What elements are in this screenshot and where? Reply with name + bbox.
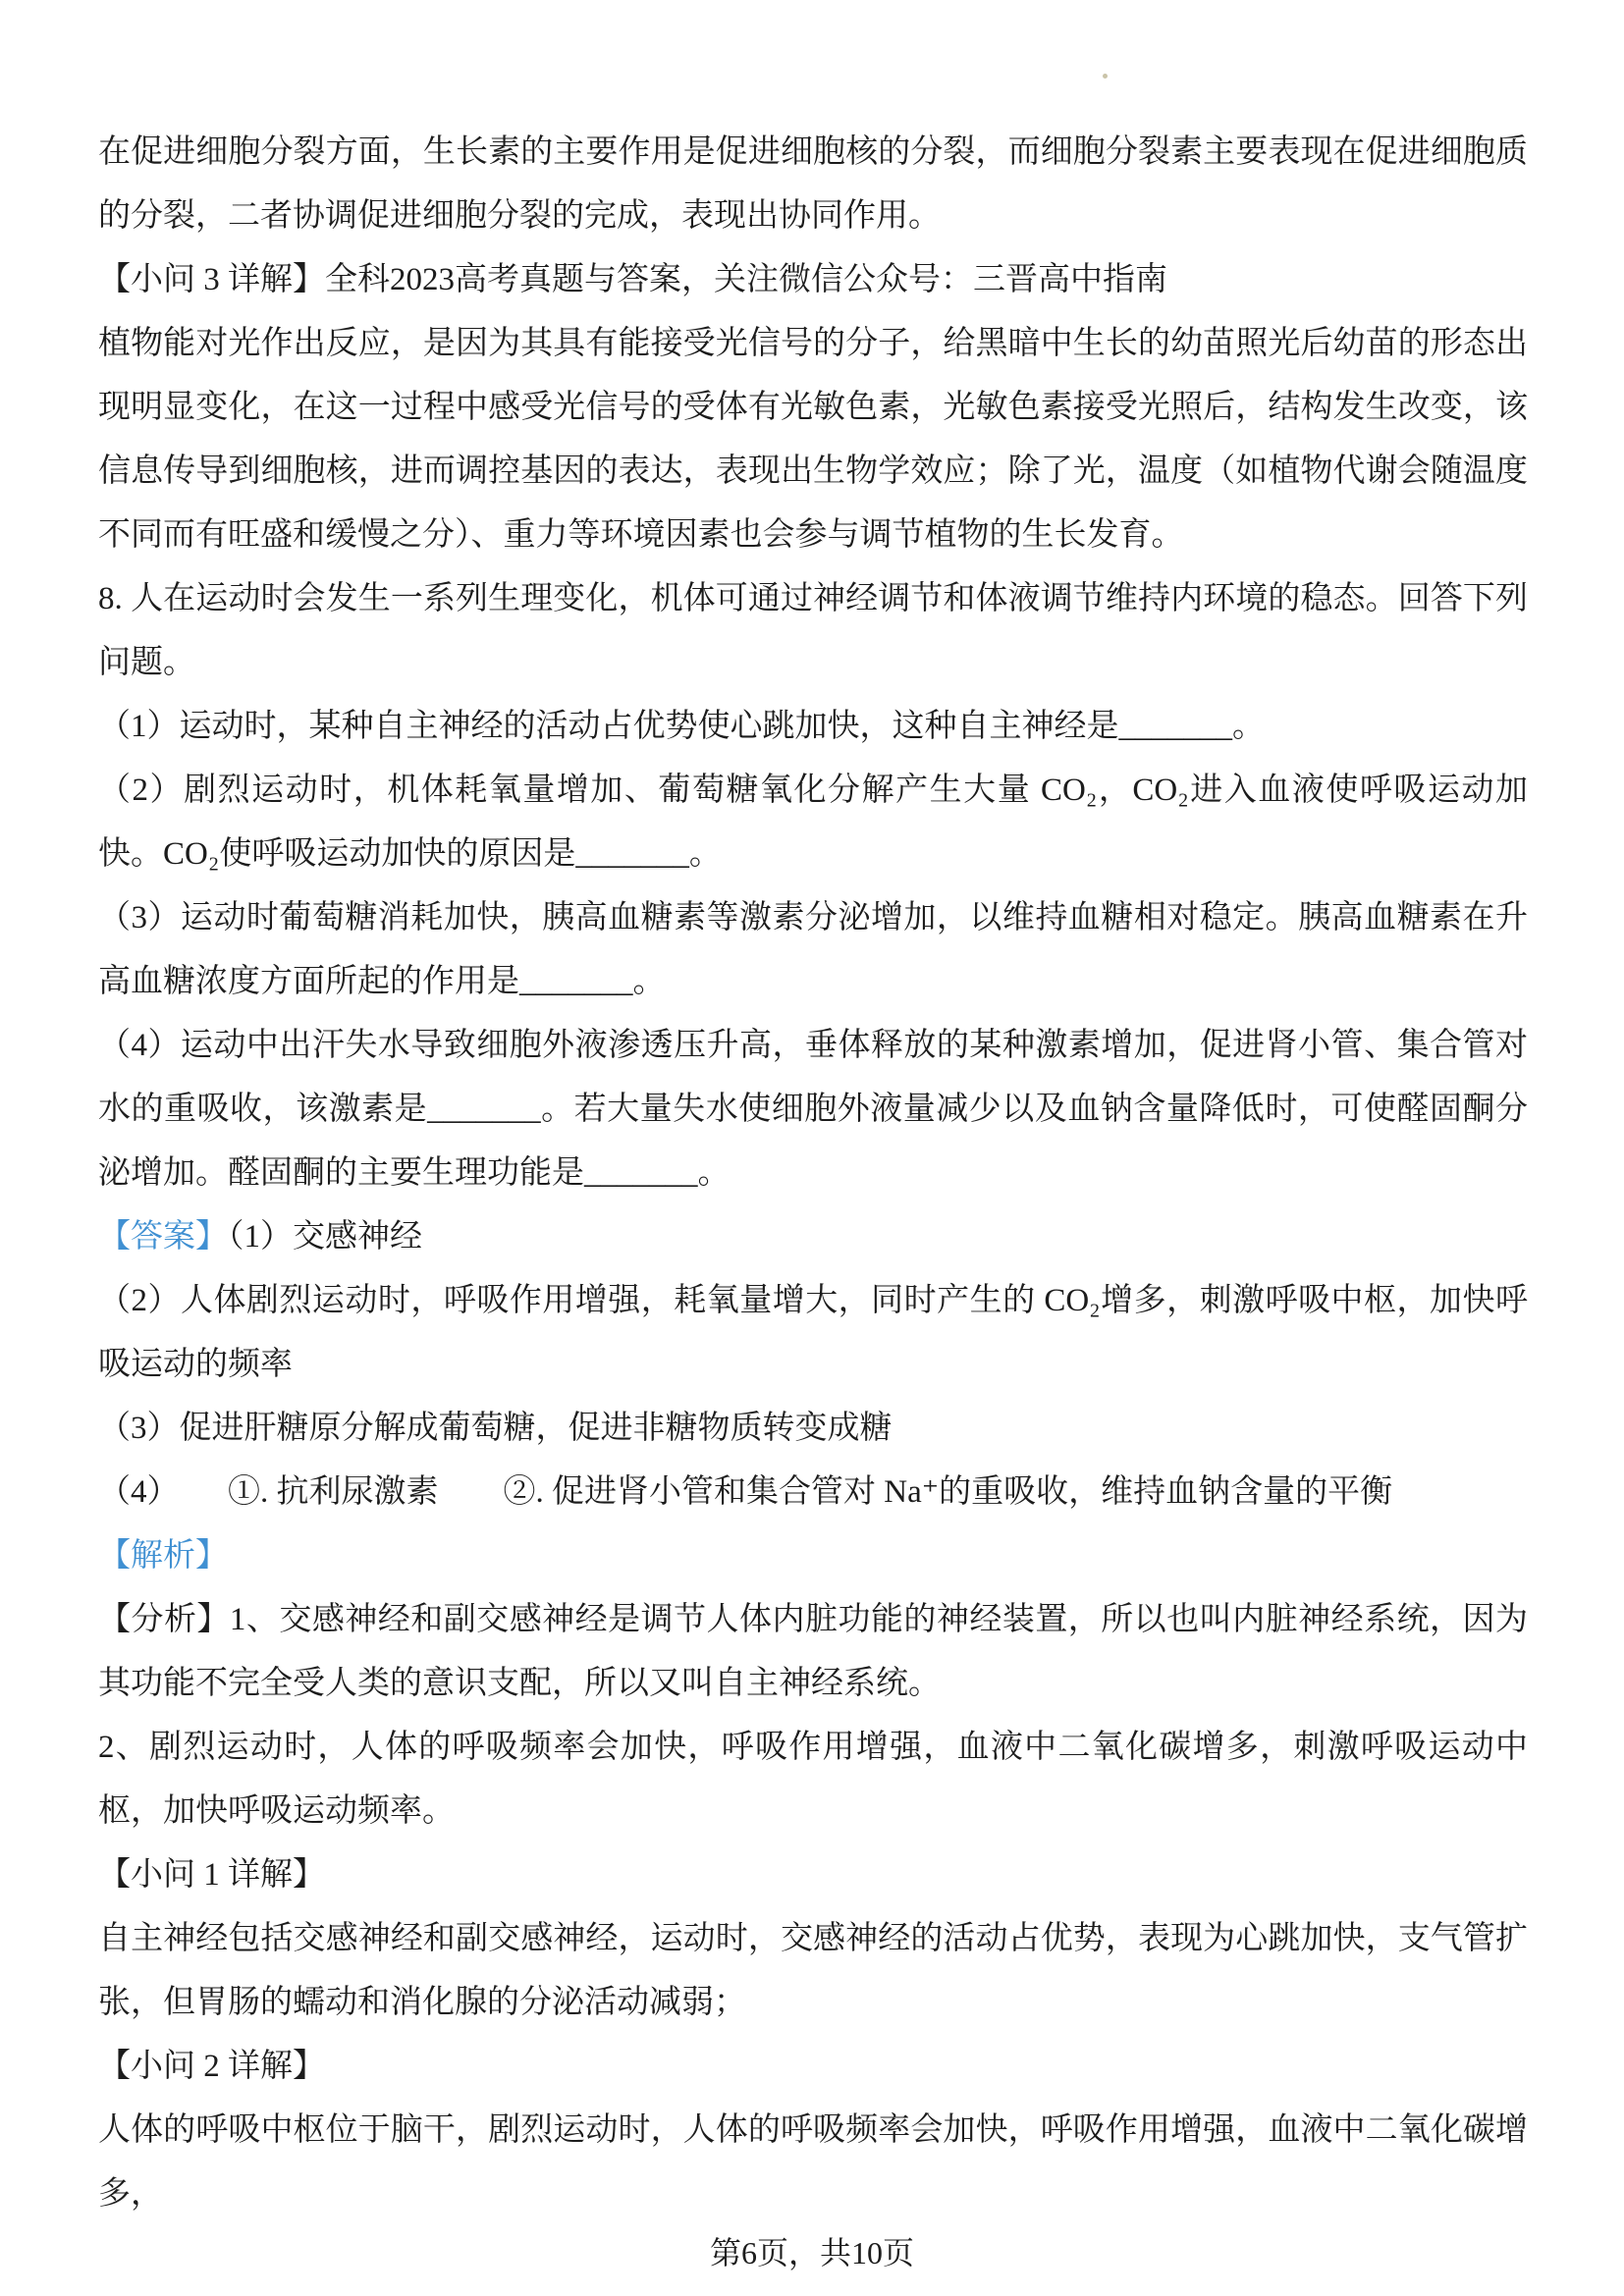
question-8-part-2: （2）剧烈运动时，机体耗氧量增加、葡萄糖氧化分解产生大量 CO₂，CO₂进入血液… [98, 759, 1528, 886]
explanation-light-response: 植物能对光作出反应，是因为其具有能接受光信号的分子，给黑暗中生长的幼苗照光后幼苗… [98, 312, 1528, 567]
analysis-point-1: 【分析】1、交感神经和副交感神经是调节人体内脏功能的神经装置，所以也叫内脏神经系… [98, 1588, 1528, 1716]
question-8-stem: 8. 人在运动时会发生一系列生理变化，机体可通过神经调节和体液调节维持内环境的稳… [98, 567, 1528, 695]
question-8-part-1: （1）运动时，某种自主神经的活动占优势使心跳加快，这种自主神经是_______。 [98, 695, 1528, 759]
explanation-cell-division: 在促进细胞分裂方面，生长素的主要作用是促进细胞核的分裂，而细胞分裂素主要表现在促… [98, 121, 1528, 248]
detail-2-text: 人体的呼吸中枢位于脑干，剧烈运动时，人体的呼吸频率会加快，呼吸作用增强，血液中二… [98, 2099, 1528, 2226]
answer-part-4: （4） ①. 抗利尿激素 ②. 促进肾小管和集合管对 Na⁺的重吸收，维持血钠含… [98, 1461, 1528, 1524]
answer-part-1: 【答案】（1）交感神经 [98, 1205, 1528, 1269]
answer-part-2: （2）人体剧烈运动时，呼吸作用增强，耗氧量增大，同时产生的 CO₂增多，刺激呼吸… [98, 1269, 1528, 1397]
question-8-part-4: （4）运动中出汗失水导致细胞外液渗透压升高，垂体释放的某种激素增加，促进肾小管、… [98, 1014, 1528, 1205]
document-body: 在促进细胞分裂方面，生长素的主要作用是促进细胞核的分裂，而细胞分裂素主要表现在促… [98, 121, 1528, 2226]
detail-2-header: 【小问 2 详解】 [98, 2035, 1528, 2099]
analysis-point-2: 2、剧烈运动时，人体的呼吸频率会加快，呼吸作用增强，血液中二氧化碳增多，刺激呼吸… [98, 1716, 1528, 1843]
analysis-label: 【解析】 [98, 1538, 228, 1574]
question-8-part-3: （3）运动时葡萄糖消耗加快，胰高血糖素等激素分泌增加，以维持血糖相对稳定。胰高血… [98, 886, 1528, 1014]
answer-part-3: （3）促进肝糖原分解成葡萄糖，促进非糖物质转变成糖 [98, 1397, 1528, 1461]
analysis-header: 【解析】 [98, 1524, 1528, 1588]
subquestion-3-detail: 【小问 3 详解】全科2023高考真题与答案，关注微信公众号：三晋高中指南 [98, 248, 1528, 312]
page-number-footer: 第6页，共10页 [0, 2228, 1624, 2273]
detail-1-header: 【小问 1 详解】 [98, 1843, 1528, 1907]
stray-mark [1103, 74, 1108, 79]
answer-label: 【答案】 [98, 1219, 228, 1255]
detail-1-text: 自主神经包括交感神经和副交感神经，运动时，交感神经的活动占优势，表现为心跳加快，… [98, 1907, 1528, 2035]
